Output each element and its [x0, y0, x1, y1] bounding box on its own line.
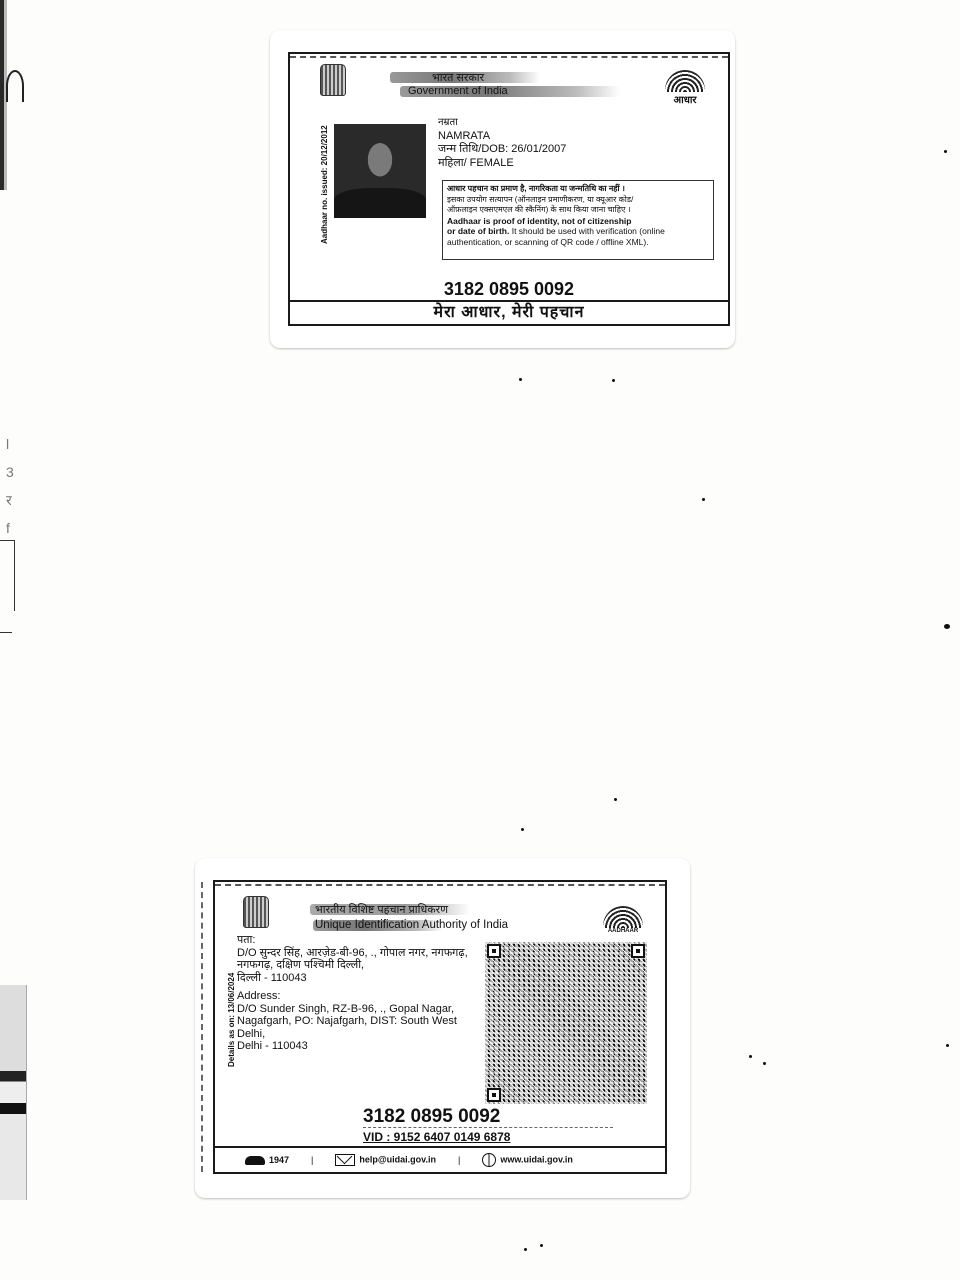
address-line: Delhi - 110043	[237, 1040, 457, 1053]
details-date-vertical: Details as on: 13/06/2024	[227, 973, 236, 1067]
address-line: नगफगढ़, दक्षिण पश्चिमी दिल्ली,	[237, 959, 468, 972]
speck	[614, 798, 617, 801]
speck	[521, 828, 524, 831]
notice-english-bold: or date of birth.	[447, 226, 509, 236]
dashed-border	[215, 884, 665, 886]
speck	[944, 624, 950, 629]
website-contact: www.uidai.gov.in	[482, 1153, 573, 1167]
email-address: help@uidai.gov.in	[359, 1154, 436, 1164]
aadhaar-card-back: भारतीय विशिष्ट पहचान प्राधिकरण Unique Id…	[213, 880, 667, 1174]
address-line: दिल्ली - 110043	[237, 972, 468, 985]
name-english: NAMRATA	[438, 130, 566, 144]
national-emblem-icon	[320, 64, 346, 96]
vid-number: VID : 9152 6407 0149 6878	[363, 1130, 510, 1144]
date-of-birth: जन्म तिथि/DOB: 26/01/2007	[438, 143, 566, 157]
issued-date-vertical: Aadhaar no. issued: 20/12/2012	[320, 125, 329, 244]
divider	[363, 1127, 613, 1128]
margin-line	[0, 632, 12, 633]
speck	[519, 378, 522, 381]
website-url: www.uidai.gov.in	[500, 1154, 573, 1164]
header-english: Government of India	[408, 85, 508, 97]
name-hindi: नम्रता	[438, 116, 566, 130]
aadhaar-card-front: भारत सरकार Government of India आधार Aadh…	[288, 52, 730, 326]
notice-hindi-line: इसका उपयोग सत्यापन (ऑनलाइन प्रमाणीकरण, य…	[447, 195, 709, 206]
fingerprint-sun-icon	[603, 906, 643, 928]
aadhaar-notice-box: आधार पहचान का प्रमाण है, नागरिकता या जन्…	[442, 180, 714, 260]
separator: |	[311, 1155, 313, 1165]
phone-icon	[245, 1156, 265, 1165]
header-hindi: भारतीय विशिष्ट पहचान प्राधिकरण	[315, 902, 448, 917]
address-label-hindi: पता:	[237, 934, 468, 947]
aadhaar-logo: AADHAAR	[597, 906, 649, 934]
fingerprint-sun-icon	[665, 70, 705, 92]
qr-finder	[487, 1088, 501, 1102]
speck	[944, 150, 947, 153]
qr-finder	[487, 944, 501, 958]
address-line: Nagafgarh, PO: Najafgarh, DIST: South We…	[237, 1015, 457, 1028]
email-contact: help@uidai.gov.in	[335, 1154, 436, 1166]
qr-code	[485, 942, 647, 1104]
speck	[540, 1244, 543, 1247]
cut-line	[201, 882, 203, 1172]
margin-line	[0, 540, 15, 611]
address-line: D/O सुन्दर सिंह, आरज़ेड-बी-96, ., गोपाल …	[237, 947, 468, 960]
margin-mark: f	[6, 514, 14, 542]
address-line: D/O Sunder Singh, RZ-B-96, ., Gopal Naga…	[237, 1003, 457, 1016]
address-label-english: Address:	[237, 990, 457, 1003]
mail-icon	[335, 1154, 355, 1166]
header-hindi: भारत सरकार	[432, 70, 484, 85]
address-english: Address: D/O Sunder Singh, RZ-B-96, ., G…	[237, 990, 457, 1053]
national-emblem-icon	[243, 896, 269, 928]
notice-hindi-line: ऑफ़लाइन एक्सएमएल की स्कैनिंग) के साथ किय…	[447, 205, 709, 216]
logo-text: आधार	[660, 92, 710, 106]
notice-hindi-bold: आधार पहचान का प्रमाण है, नागरिकता या जन्…	[447, 184, 709, 195]
speck	[612, 379, 615, 382]
margin-marks: l 3 र f	[6, 430, 14, 542]
speck	[524, 1248, 527, 1251]
logo-text: AADHAAR	[597, 928, 649, 934]
phone-contact: 1947	[245, 1155, 289, 1165]
gender: महिला/ FEMALE	[438, 157, 566, 171]
dashed-border	[290, 56, 728, 58]
speck	[763, 1062, 766, 1065]
card-footer: 1947 | help@uidai.gov.in | www.uidai.gov…	[215, 1146, 665, 1172]
aadhaar-number: 3182 0895 0092	[290, 279, 728, 300]
speck	[749, 1055, 752, 1058]
margin-mark: l	[6, 430, 14, 458]
address-line: Delhi,	[237, 1028, 457, 1041]
globe-icon	[482, 1153, 496, 1167]
holder-photo	[334, 124, 426, 218]
phone-number: 1947	[269, 1155, 289, 1165]
aadhaar-number: 3182 0895 0092	[363, 1106, 500, 1128]
edge-scan-artifact-top	[0, 0, 22, 190]
speck	[946, 1044, 949, 1047]
qr-finder	[631, 944, 645, 958]
header-english: Unique Identification Authority of India	[315, 919, 508, 931]
margin-mark: र	[6, 486, 14, 514]
address-hindi: पता: D/O सुन्दर सिंह, आरज़ेड-बी-96, ., ग…	[237, 934, 468, 984]
notice-english-bold: Aadhaar is proof of identity, not of cit…	[447, 216, 709, 227]
holder-info: नम्रता NAMRATA जन्म तिथि/DOB: 26/01/2007…	[438, 116, 566, 170]
speck	[702, 498, 705, 501]
edge-scan-artifact-bottom	[0, 985, 27, 1200]
separator: |	[458, 1155, 460, 1165]
tagline: मेरा आधार, मेरी पहचान	[290, 300, 728, 324]
margin-mark: 3	[6, 458, 14, 486]
aadhaar-logo: आधार	[660, 70, 710, 106]
